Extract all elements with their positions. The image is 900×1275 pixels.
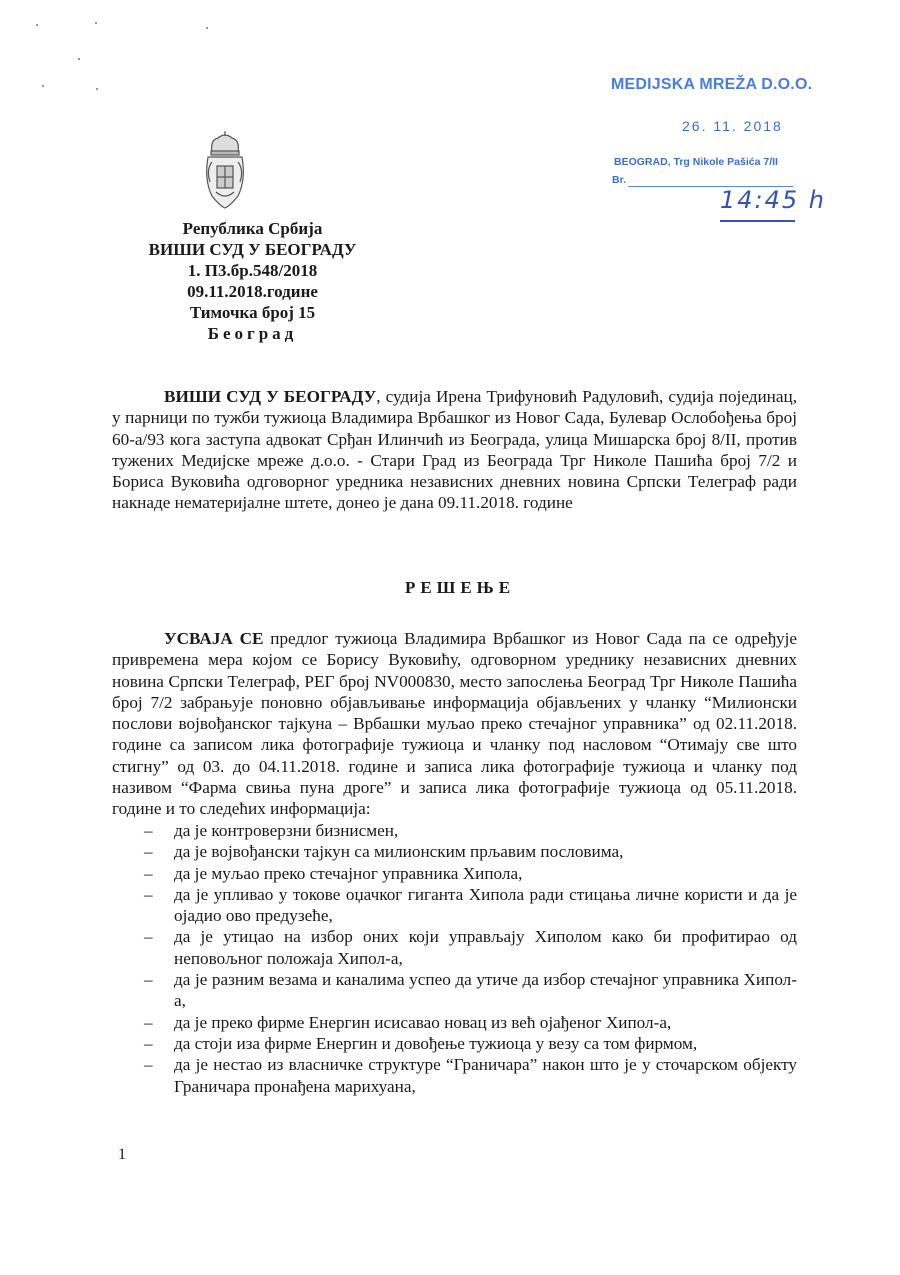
list-item: –да је војвођански тајкун са милионским … bbox=[140, 841, 797, 862]
scan-speck bbox=[36, 24, 38, 26]
list-item: –да је упливао у токове оџачког гиганта … bbox=[140, 884, 797, 927]
header-street: Тимочка број 15 bbox=[120, 302, 385, 323]
header-court: ВИШИ СУД У БЕОГРАДУ bbox=[120, 239, 385, 260]
information-list: –да је контроверзни бизнисмен, –да је во… bbox=[140, 820, 797, 1097]
stamp-company: MEDIJSKA MREŽA D.O.O. bbox=[611, 76, 812, 94]
scan-speck bbox=[42, 85, 44, 87]
header-case-number: 1. П3.бр.548/2018 bbox=[120, 260, 385, 281]
scan-speck bbox=[206, 27, 208, 29]
list-item: –да је утицао на избор оних који управља… bbox=[140, 926, 797, 969]
handwritten-time: 14:45 h bbox=[720, 186, 826, 214]
list-item: –да је нестао из власничке структуре “Гр… bbox=[140, 1054, 797, 1097]
header-country: Република Србија bbox=[120, 218, 385, 239]
scan-speck bbox=[95, 22, 97, 24]
intro-paragraph: ВИШИ СУД У БЕОГРАДУ, судија Ирена Трифун… bbox=[112, 386, 797, 514]
document-title: РЕШЕЊЕ bbox=[0, 578, 900, 598]
list-item: –да је разним везама и каналима успео да… bbox=[140, 969, 797, 1012]
list-item: –да је муљао преко стечајног управника Х… bbox=[140, 863, 797, 884]
list-item: –да је преко фирме Енергин исисавао нова… bbox=[140, 1012, 797, 1033]
scan-speck bbox=[78, 58, 80, 60]
ruling-bold-start: УСВАЈА СЕ bbox=[164, 629, 263, 648]
stamp-number-label: Br. bbox=[612, 174, 626, 186]
stamp-date: 26. 11. 2018 bbox=[682, 118, 783, 134]
handwritten-underline bbox=[720, 220, 795, 222]
ruling-paragraph: УСВАЈА СЕ предлог тужиоца Владимира Врба… bbox=[112, 628, 797, 820]
header-date: 09.11.2018.године bbox=[120, 281, 385, 302]
ruling-text: предлог тужиоца Владимира Врбашког из Но… bbox=[112, 629, 797, 818]
header-city: Београд bbox=[120, 323, 385, 344]
list-item: –да стоји иза фирме Енергин и довођење т… bbox=[140, 1033, 797, 1054]
stamp-address: BEOGRAD, Trg Nikole Pašića 7/II bbox=[614, 156, 778, 168]
scan-speck bbox=[96, 88, 98, 90]
court-header: Република Србија ВИШИ СУД У БЕОГРАДУ 1. … bbox=[120, 218, 385, 344]
page-number: 1 bbox=[118, 1146, 126, 1164]
list-item: –да је контроверзни бизнисмен, bbox=[140, 820, 797, 841]
serbian-coat-of-arms-icon bbox=[200, 130, 250, 210]
intro-court-name: ВИШИ СУД У БЕОГРАДУ bbox=[164, 387, 376, 406]
